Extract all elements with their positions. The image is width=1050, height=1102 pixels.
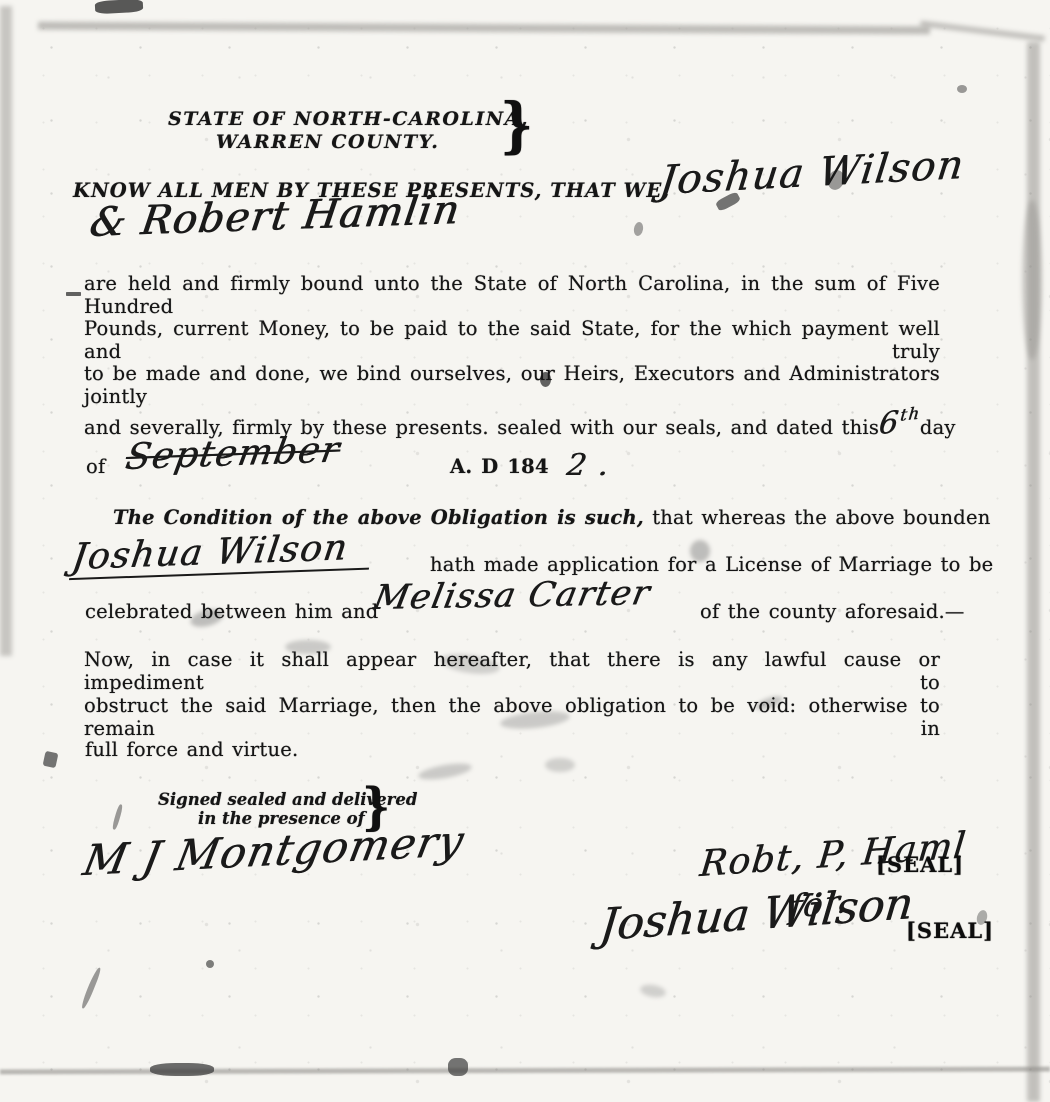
ink-speck xyxy=(43,751,59,768)
scan-top-left-blob xyxy=(95,0,144,14)
bond-line-3: to be made and done, we bind ourselves, … xyxy=(84,362,940,408)
bond-line-2: Pounds, current Money, to be paid to the… xyxy=(84,317,940,363)
ink-smudge xyxy=(545,758,575,772)
of-label: of xyxy=(86,455,105,478)
condition-lead-rest: that whereas the above bounden xyxy=(644,506,991,529)
ink-speck xyxy=(80,966,102,1009)
ink-speck xyxy=(66,292,81,296)
now-line-2: obstruct the said Marriage, then the abo… xyxy=(84,694,940,740)
seal-label-principal: [SEAL] xyxy=(906,918,994,943)
ink-speck xyxy=(112,804,124,830)
now-line-1: Now, in case it shall appear hereafter, … xyxy=(84,648,940,694)
ad-year-printed: A. D 184 xyxy=(450,455,549,478)
principal-signature-handwritten: Joshua Wilson xyxy=(597,878,915,951)
aforesaid-text: of the county aforesaid.— xyxy=(700,600,965,623)
ink-speck xyxy=(206,960,214,968)
application-text: hath made application for a License of M… xyxy=(430,553,993,576)
celebrated-text: celebrated between him and xyxy=(85,600,378,623)
scan-right-edge-bulge xyxy=(1022,200,1042,360)
ink-speck xyxy=(957,85,967,93)
scan-bottom-blob xyxy=(448,1058,468,1076)
ink-smudge xyxy=(639,983,667,999)
header-brace: } xyxy=(500,96,533,156)
seal-label-surety: [SEAL] xyxy=(876,852,964,877)
scan-left-edge xyxy=(0,6,12,656)
scan-top-edge xyxy=(38,22,930,35)
bride-name-handwritten: Melissa Carter xyxy=(370,573,654,618)
scan-top-right-edge xyxy=(920,20,1045,41)
condition-lead-italic: The Condition of the above Obligation is… xyxy=(113,506,644,529)
header-county-line: WARREN COUNTY. xyxy=(216,131,439,153)
scan-bottom-blob xyxy=(150,1063,214,1076)
ink-smudge xyxy=(417,760,472,782)
now-line-3: full force and virtue. xyxy=(85,738,298,761)
scanned-marriage-bond-document: STATE OF NORTH-CAROLINA, WARREN COUNTY. … xyxy=(0,0,1050,1102)
bond-line-1: are held and firmly bound unto the State… xyxy=(84,272,940,318)
groom-name-handwritten: Joshua Wilson xyxy=(69,526,375,580)
day-number: 6 xyxy=(877,405,901,443)
day-suffix: th xyxy=(899,403,921,424)
year-digit-handwritten: 2 . xyxy=(565,448,613,483)
condition-lead: The Condition of the above Obligation is… xyxy=(113,506,990,529)
header-state-line: STATE OF NORTH-CAROLINA, xyxy=(168,108,529,130)
ink-speck xyxy=(633,221,644,236)
day-word: day xyxy=(920,416,956,439)
month-handwritten: September xyxy=(122,429,343,478)
witness-signature-handwritten: M J Montgomery xyxy=(79,816,469,885)
day-number-handwritten: 6th xyxy=(877,402,921,442)
principal-name-handwritten: Joshua Wilson xyxy=(657,142,967,204)
